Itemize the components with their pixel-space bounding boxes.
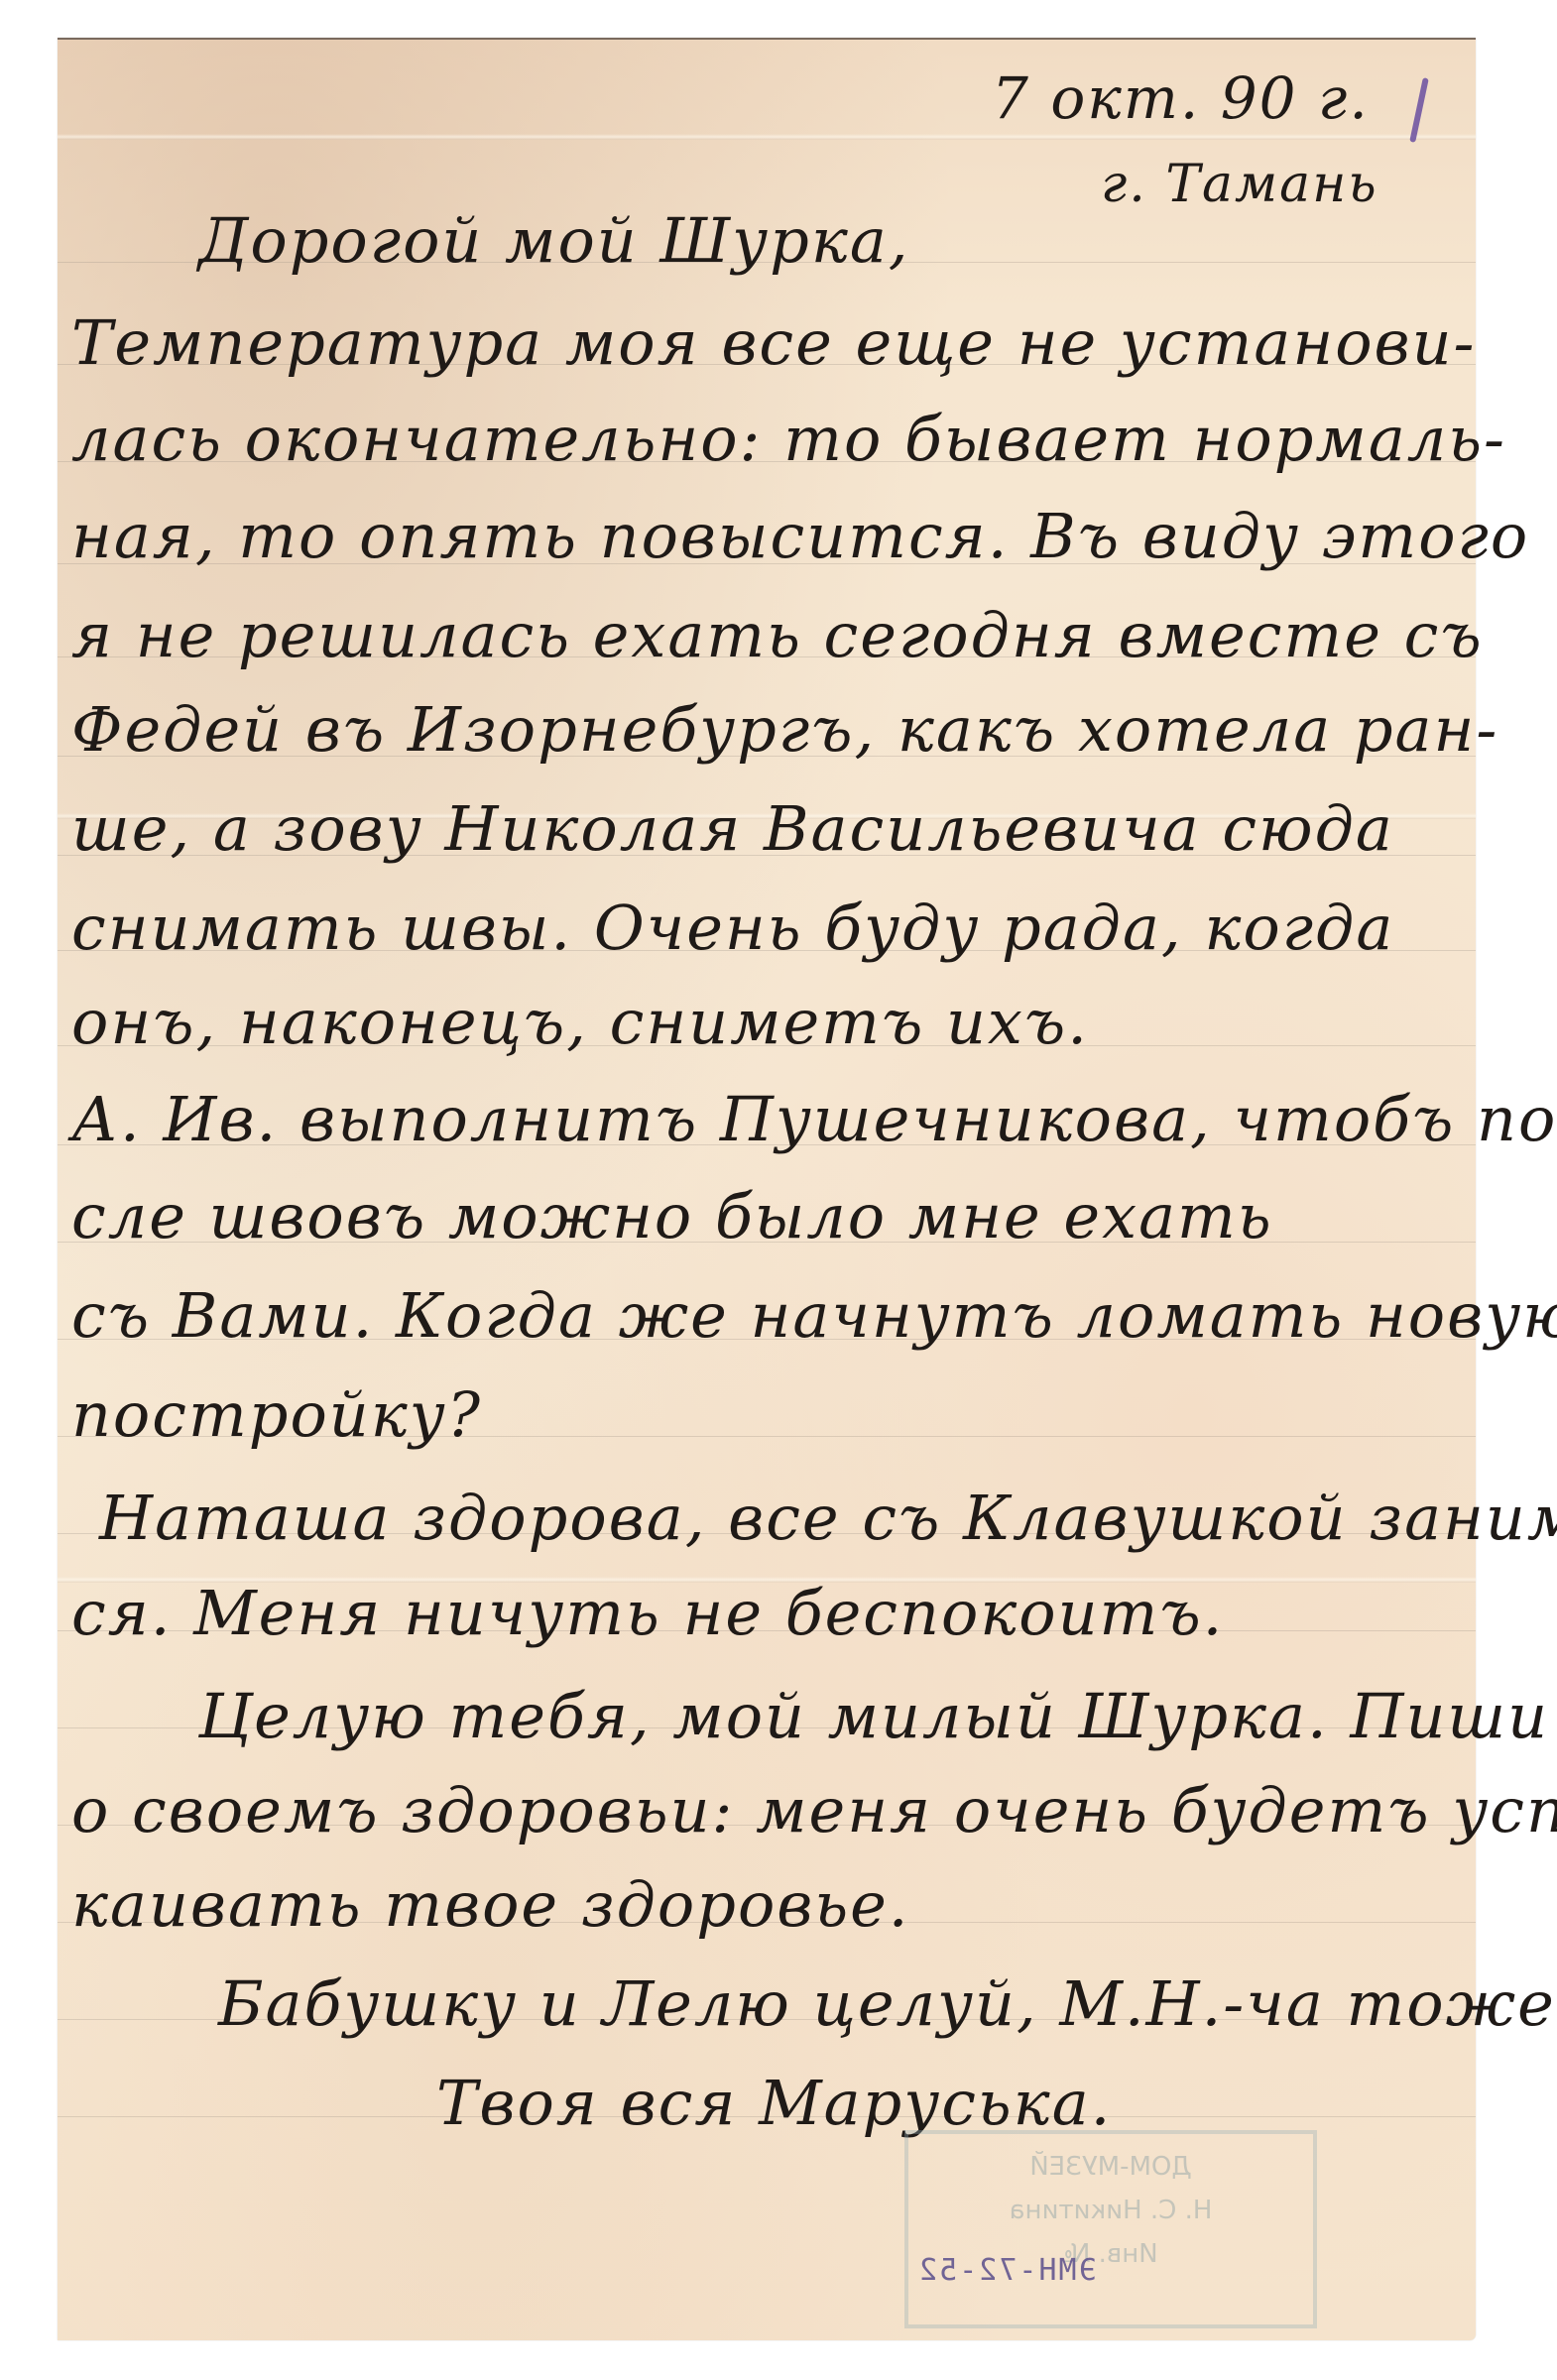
- letter-line: снимать швы. Очень буду рада, когда: [71, 897, 1394, 959]
- letter-place: г. Тамань: [1101, 159, 1378, 210]
- inventory-number: ЭМН-72-52: [917, 2253, 1097, 2288]
- letter-line: Федей въ Изорнебургъ, какъ хотела ран-: [71, 699, 1498, 761]
- letter-line: о своемъ здоровьи: меня очень будетъ усп…: [71, 1780, 1557, 1842]
- letter-signature: Твоя вся Маруська.: [436, 2073, 1112, 2134]
- letter-line: съ Вами. Когда же начнутъ ломать новую: [71, 1285, 1557, 1347]
- letter-line: ная, то опять повысится. Въ виду этого: [71, 506, 1529, 567]
- letter-date: 7 окт. 90 г.: [992, 69, 1370, 127]
- letter-line: Наташа здорова, все съ Клавушкой занимае…: [99, 1487, 1557, 1549]
- letter-line: онъ, наконецъ, сниметъ ихъ.: [71, 992, 1089, 1053]
- letter-line: ше, а зову Николая Васильевича сюда: [71, 798, 1394, 860]
- letter-line: Целую тебя, мой милый Шурка. Пиши: [198, 1686, 1549, 1747]
- letter-line: Температура моя все еще не установи-: [71, 312, 1477, 374]
- museum-stamp: ДОМ-МУЗЕЙ Н. С. Никитина Инв. №: [904, 2130, 1317, 2328]
- stamp-line: Н. С. Никитина: [928, 2196, 1293, 2225]
- letter-line: сле швовъ можно было мне ехать: [71, 1186, 1273, 1248]
- letter-greeting: Дорогой мой Шурка,: [198, 210, 910, 272]
- letter-line: постройку?: [71, 1384, 482, 1446]
- letter-line: каивать твое здоровье.: [71, 1874, 910, 1936]
- paper-fold: [58, 134, 1476, 140]
- stamp-line: ДОМ-МУЗЕЙ: [928, 2152, 1293, 2182]
- letter-line: ся. Меня ничуть не беспокоитъ.: [71, 1583, 1224, 1644]
- letter-line: лась окончательно: то бывает нормаль-: [71, 409, 1506, 470]
- letter-line: А. Ив. выполнитъ Пушечникова, чтобъ по-: [71, 1089, 1557, 1150]
- letter-line: Бабушку и Лелю целуй, М.Н.-ча тоже.: [218, 1973, 1557, 2035]
- letter-line: я не решилась ехать сегодня вместе съ: [71, 605, 1484, 666]
